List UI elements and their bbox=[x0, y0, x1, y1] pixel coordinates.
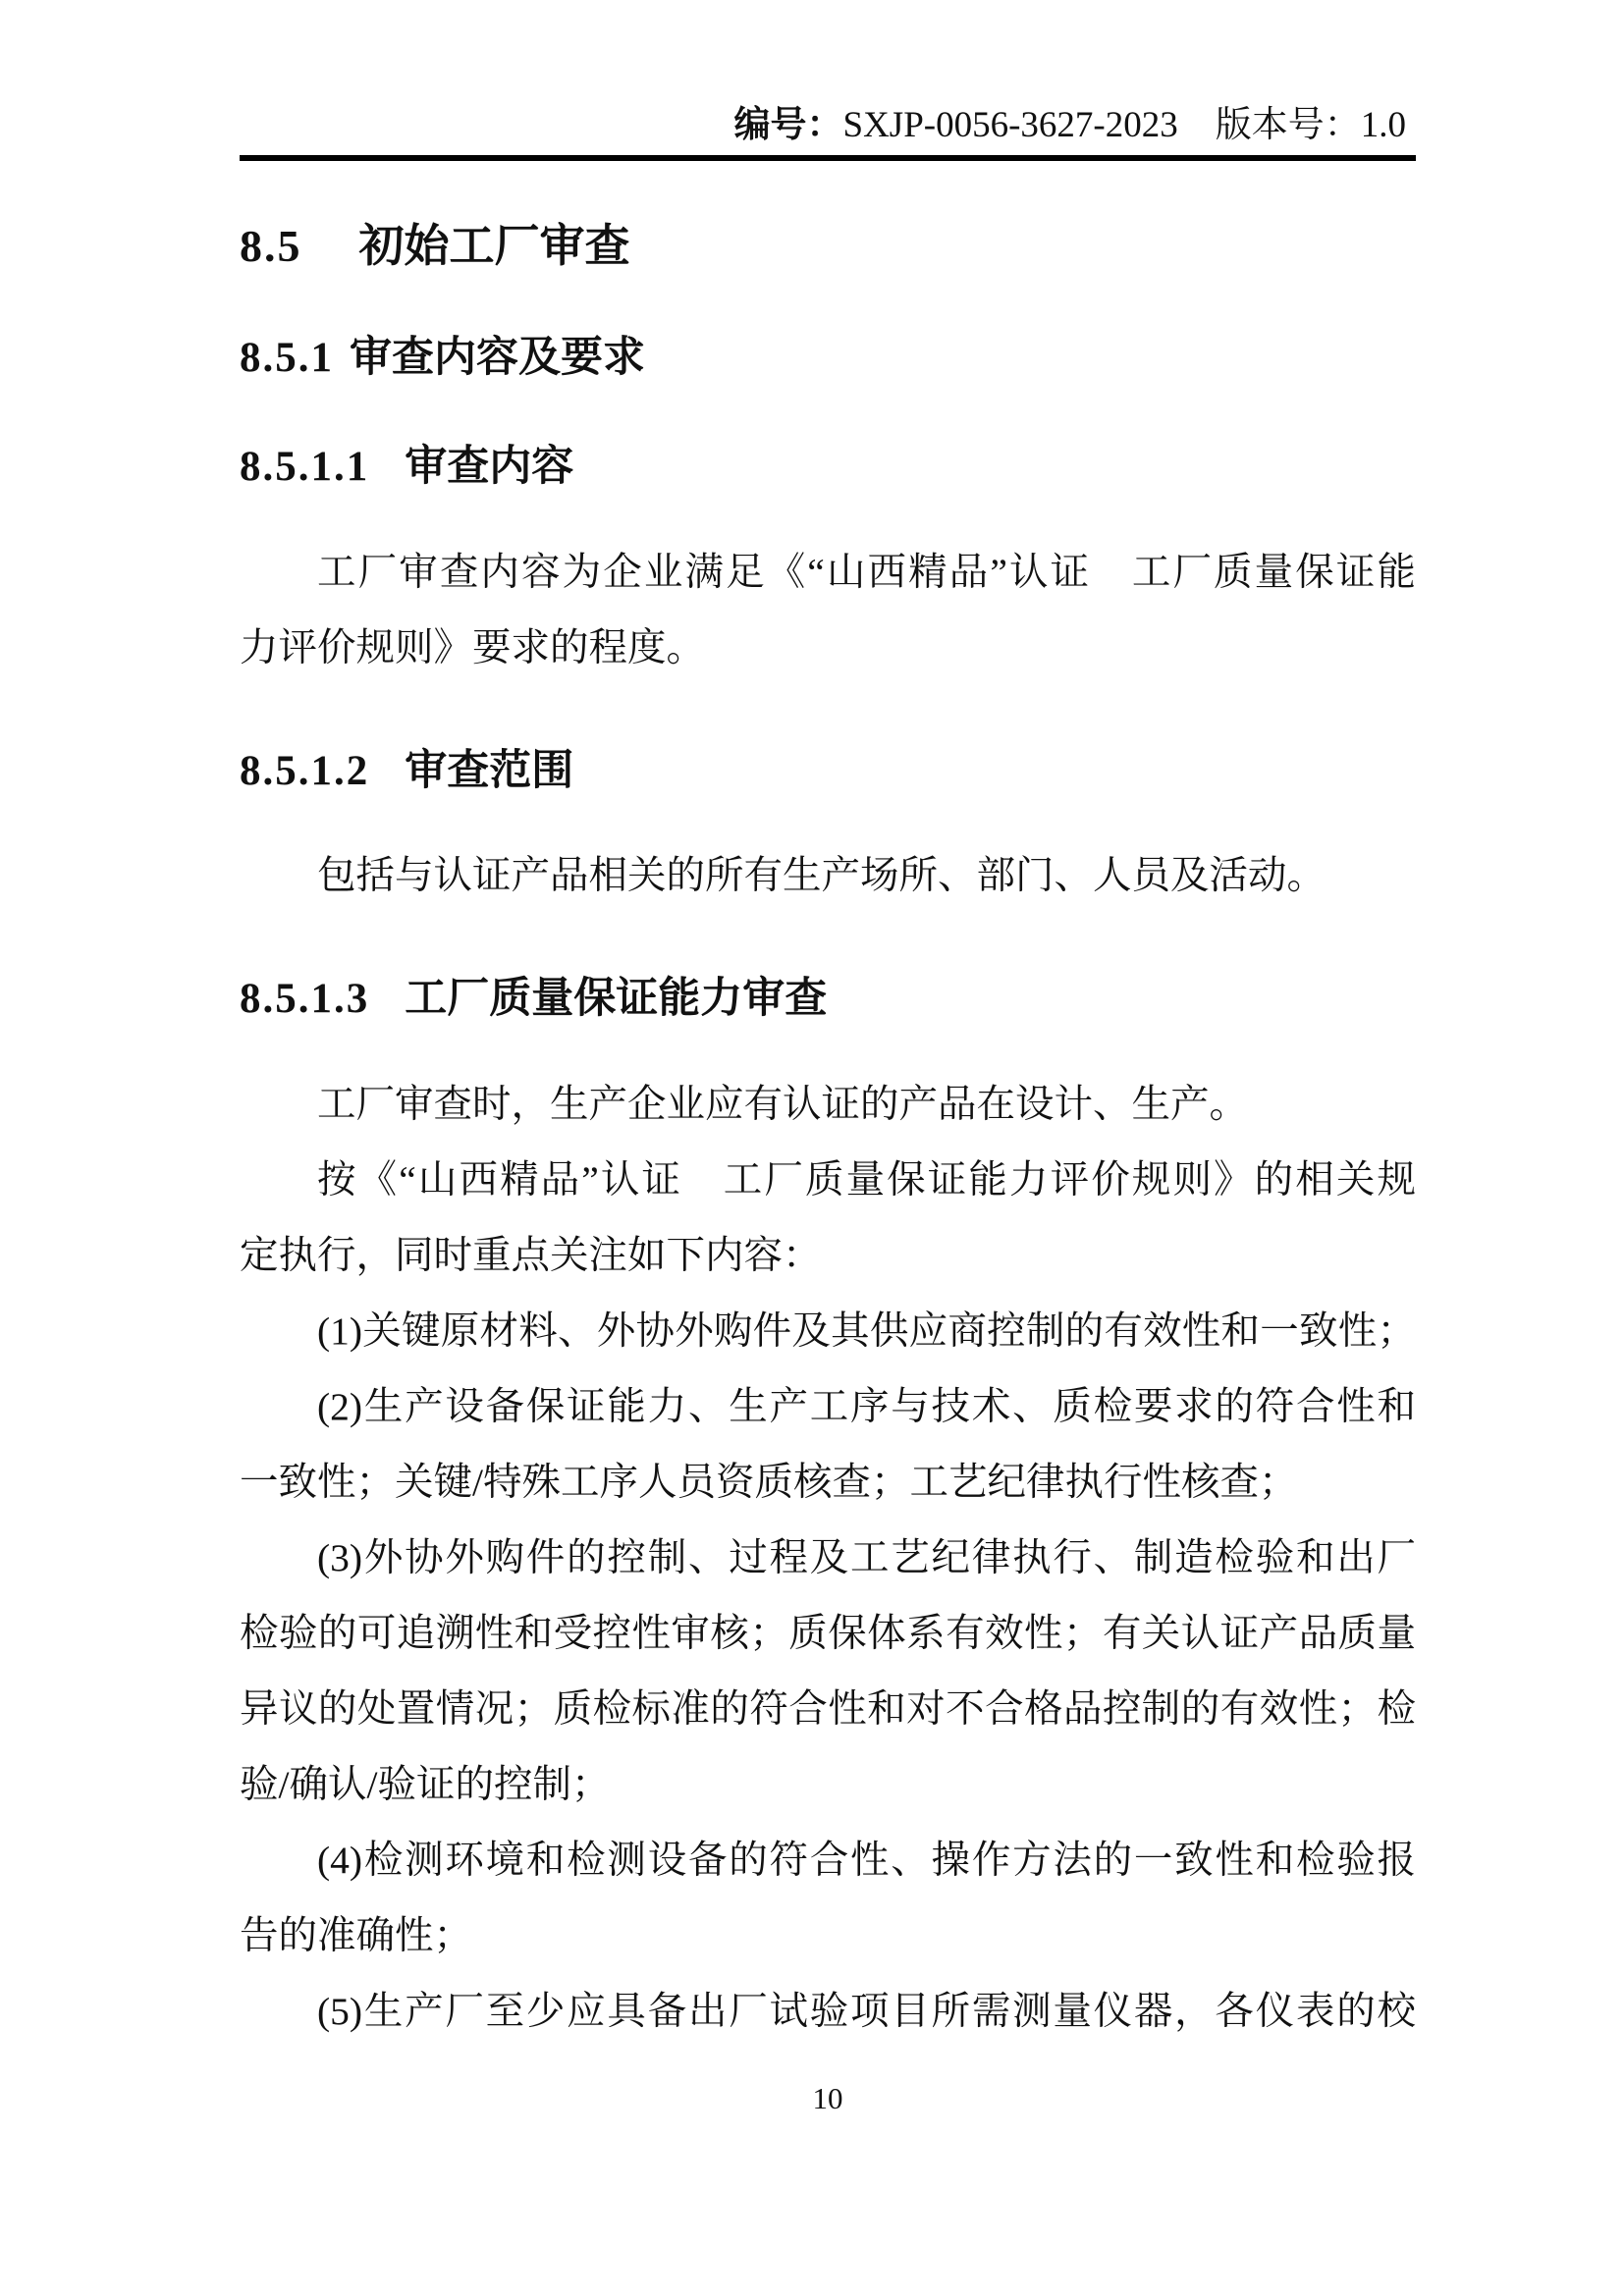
list-item-2: (2)生产设备保证能力、生产工序与技术、质检要求的符合性和 一致性；关键/特殊工… bbox=[240, 1369, 1416, 1521]
doc-number-label: 编号： bbox=[734, 105, 843, 145]
section-heading-8-5-1-1: 8.5.1.1审查内容 bbox=[240, 443, 1416, 491]
text-line: 包括与认证产品相关的所有生产场所、部门、人员及活动。 bbox=[240, 838, 1416, 914]
version-value: 1.0 bbox=[1361, 105, 1406, 145]
section-number: 8.5.1 bbox=[240, 335, 334, 381]
list-item-5: (5)生产厂至少应具备出厂试验项目所需测量仪器，各仪表的校 bbox=[240, 1974, 1416, 2050]
text-line: (5)生产厂至少应具备出厂试验项目所需测量仪器，各仪表的校 bbox=[240, 1974, 1416, 2050]
text-line: 按《“山西精品”认证 工厂质量保证能力评价规则》的相关规 bbox=[240, 1143, 1416, 1218]
page-content: 编号：SXJP-0056-3627-2023版本号：1.0 8.5初始工厂审查 … bbox=[240, 0, 1416, 2050]
section-heading-8-5: 8.5初始工厂审查 bbox=[240, 220, 1416, 273]
text-line: (2)生产设备保证能力、生产工序与技术、质检要求的符合性和 bbox=[240, 1369, 1416, 1445]
section-title: 初始工厂审查 bbox=[359, 220, 630, 271]
document-page: 编号：SXJP-0056-3627-2023版本号：1.0 8.5初始工厂审查 … bbox=[0, 0, 1624, 2296]
document-header: 编号：SXJP-0056-3627-2023版本号：1.0 bbox=[240, 0, 1416, 161]
section-number: 8.5 bbox=[240, 221, 302, 271]
list-item-4: (4)检测环境和检测设备的符合性、操作方法的一致性和检验报 告的准确性； bbox=[240, 1823, 1416, 1974]
text-line: 工厂审查内容为企业满足《“山西精品”认证 工厂质量保证能 bbox=[240, 535, 1416, 611]
paragraph-rules-reference: 按《“山西精品”认证 工厂质量保证能力评价规则》的相关规 定执行，同时重点关注如… bbox=[240, 1143, 1416, 1294]
text-line: (4)检测环境和检测设备的符合性、操作方法的一致性和检验报 bbox=[240, 1823, 1416, 1898]
paragraph-audit-scope: 包括与认证产品相关的所有生产场所、部门、人员及活动。 bbox=[240, 838, 1416, 914]
text-line: 检验的可追溯性和受控性审核；质保体系有效性；有关认证产品质量 bbox=[240, 1596, 1416, 1672]
page-number: 10 bbox=[240, 2081, 1416, 2116]
list-item-3: (3)外协外购件的控制、过程及工艺纪律执行、制造检验和出厂 检验的可追溯性和受控… bbox=[240, 1521, 1416, 1823]
text-line: 验/确认/验证的控制； bbox=[240, 1747, 1416, 1823]
paragraph-factory-audit: 工厂审查时，生产企业应有认证的产品在设计、生产。 bbox=[240, 1067, 1416, 1143]
text-line: 一致性；关键/特殊工序人员资质核查；工艺纪律执行性核查； bbox=[240, 1445, 1416, 1521]
section-title: 审查内容 bbox=[405, 443, 573, 490]
section-heading-8-5-1-2: 8.5.1.2审查范围 bbox=[240, 747, 1416, 795]
section-title: 审查内容及要求 bbox=[350, 334, 645, 381]
text-line: 力评价规则》要求的程度。 bbox=[240, 611, 1416, 686]
version-label: 版本号： bbox=[1216, 105, 1361, 145]
section-number: 8.5.1.2 bbox=[240, 748, 369, 794]
text-line: (1)关键原材料、外协外购件及其供应商控制的有效性和一致性； bbox=[240, 1294, 1416, 1369]
paragraph-audit-content: 工厂审查内容为企业满足《“山西精品”认证 工厂质量保证能 力评价规则》要求的程度… bbox=[240, 535, 1416, 686]
doc-number-value: SXJP-0056-3627-2023 bbox=[843, 105, 1178, 145]
text-line: 定执行，同时重点关注如下内容： bbox=[240, 1218, 1416, 1294]
section-number: 8.5.1.1 bbox=[240, 444, 369, 490]
section-number: 8.5.1.3 bbox=[240, 976, 369, 1022]
section-title: 工厂质量保证能力审查 bbox=[405, 975, 827, 1022]
text-line: 异议的处置情况；质检标准的符合性和对不合格品控制的有效性；检 bbox=[240, 1672, 1416, 1747]
section-title: 审查范围 bbox=[405, 747, 573, 794]
list-item-1: (1)关键原材料、外协外购件及其供应商控制的有效性和一致性； bbox=[240, 1294, 1416, 1369]
section-heading-8-5-1: 8.5.1审查内容及要求 bbox=[240, 334, 1416, 382]
text-line: 工厂审查时，生产企业应有认证的产品在设计、生产。 bbox=[240, 1067, 1416, 1143]
text-line: 告的准确性； bbox=[240, 1898, 1416, 1974]
section-heading-8-5-1-3: 8.5.1.3工厂质量保证能力审查 bbox=[240, 975, 1416, 1023]
text-line: (3)外协外购件的控制、过程及工艺纪律执行、制造检验和出厂 bbox=[240, 1521, 1416, 1596]
